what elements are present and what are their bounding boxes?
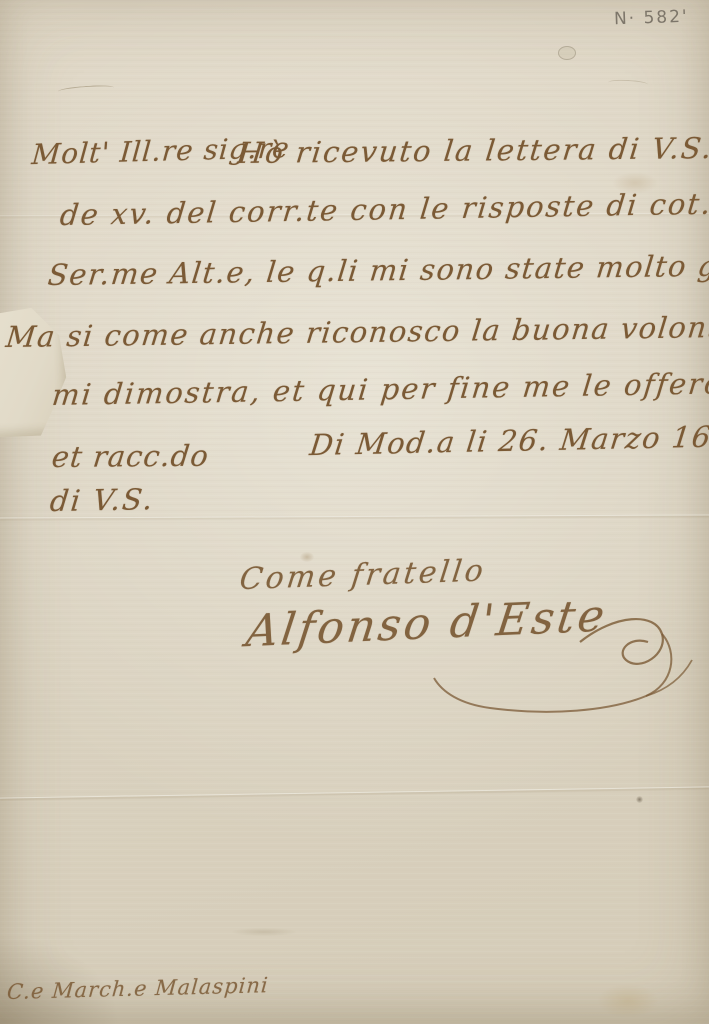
dateline: Di Mod.a li 26. Marzo 1617 [308, 419, 709, 462]
manuscript-page: N· 582' Molt' Ill.re sig.re Hò ricevuto … [0, 0, 709, 1024]
body-line-1: Hò ricevuto la lettera di V.S. [236, 131, 709, 170]
paper-stain [232, 928, 296, 936]
paper-stain [598, 984, 658, 1018]
body-line-3: Ser.me Alt.e, le q.li mi sono state molt… [46, 248, 709, 292]
archival-number: N· 582' [614, 7, 689, 30]
fold-line-bottom [0, 786, 709, 800]
body-line-6: et racc.do [50, 439, 211, 474]
crease-mark [58, 84, 114, 95]
crease-mark [608, 79, 648, 88]
paper-stain [558, 46, 576, 60]
signature: Alfonso d'Este [243, 590, 610, 657]
body-line-5: mi dimostra, et qui per fine me le offer… [50, 366, 709, 412]
body-line-2: de xv. del corr.te con le risposte di co… [58, 186, 709, 232]
paper-stain [636, 796, 643, 803]
closing-formula: Come fratello [238, 553, 488, 597]
addressee-note: C.e March.e Malaspini [6, 973, 269, 1004]
body-line-4: Ma si come anche riconosco la buona volo… [4, 309, 709, 354]
body-line-7: di V.S. [48, 482, 156, 518]
